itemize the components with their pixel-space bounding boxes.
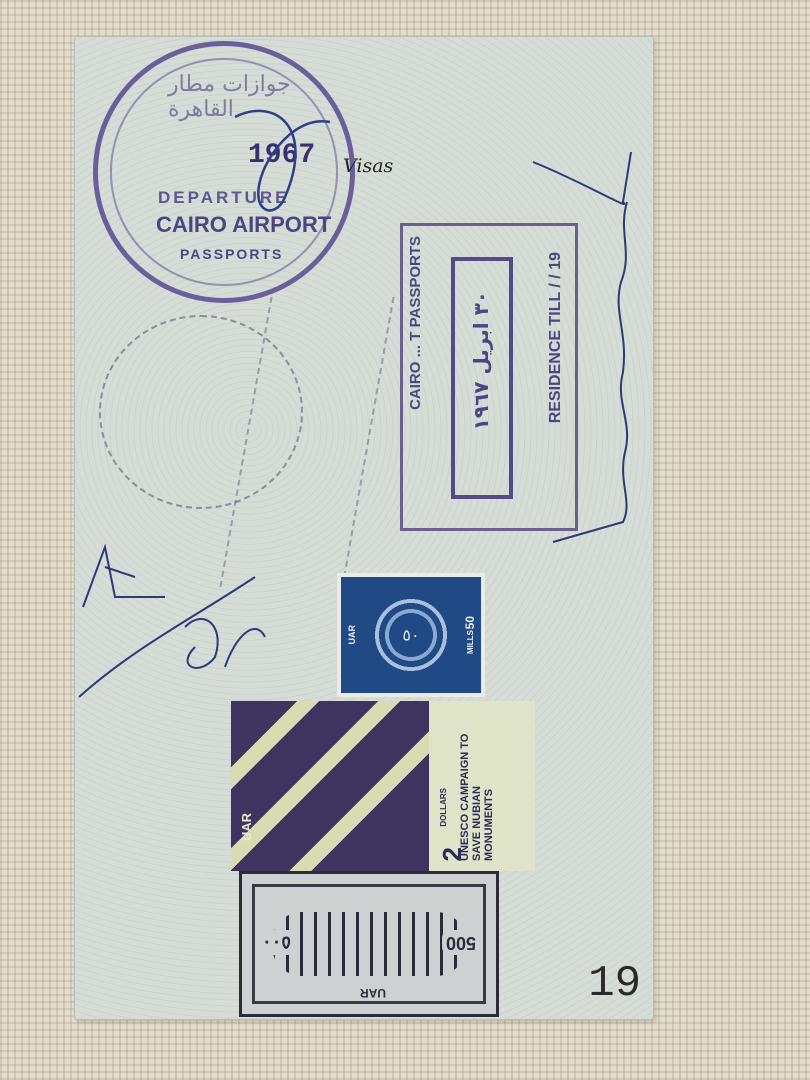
stamp-arabic-value: ٥٠ <box>402 626 419 645</box>
stamp-nubian-monuments: UAR 2 DOLLARS UNESCO CAMPAIGN TO SAVE NU… <box>231 701 535 871</box>
page-number: 19 <box>588 959 641 1009</box>
stamp-ornament <box>272 912 466 976</box>
stamp-unit: DOLLARS <box>439 788 448 827</box>
page-heading-visas: Visas <box>343 155 393 177</box>
stamp-500-mills: ٥٠٠ 500 UAR <box>239 871 499 1017</box>
pen-loop-mark <box>225 97 335 227</box>
signature-right-vertical <box>523 142 653 562</box>
stamp-ornament: ٥٠ <box>365 585 457 685</box>
stamp-value: 50 <box>463 616 477 629</box>
stamp-side-right: 50 MILLS <box>459 577 481 693</box>
stamp-50-mills: UAR ٥٠ 50 MILLS <box>337 573 485 697</box>
stamp-country: UAR <box>347 625 357 645</box>
stamp-value: 500 <box>442 930 480 955</box>
stamp-artwork: UAR <box>231 701 429 871</box>
stamp-caption: UNESCO CAMPAIGN TO SAVE NUBIAN MONUMENTS <box>459 711 499 861</box>
stamp-arabic-value: ٥٠٠ <box>258 930 295 955</box>
passport-page: جوازات مطار القاهرة 1967 DEPARTURE CAIRO… <box>74 36 654 1020</box>
signature-left-arabic <box>75 517 285 707</box>
residence-date-box: ٣٠ ابريل ١٩٦٧ <box>451 257 513 499</box>
stamp-passports-label: PASSPORTS <box>180 246 283 262</box>
stamp-country: UAR <box>239 813 254 841</box>
stamp-country: UAR <box>360 986 386 1000</box>
stamp-side-left: UAR <box>341 577 363 693</box>
stamp-text-panel: 2 DOLLARS UNESCO CAMPAIGN TO SAVE NUBIAN… <box>429 701 535 871</box>
residence-stamp-header: CAIRO ... T PASSPORTS <box>407 236 424 410</box>
residence-date: ٣٠ ابريل ١٩٦٧ <box>469 291 493 430</box>
stamp-unit: MILLS <box>466 630 475 654</box>
